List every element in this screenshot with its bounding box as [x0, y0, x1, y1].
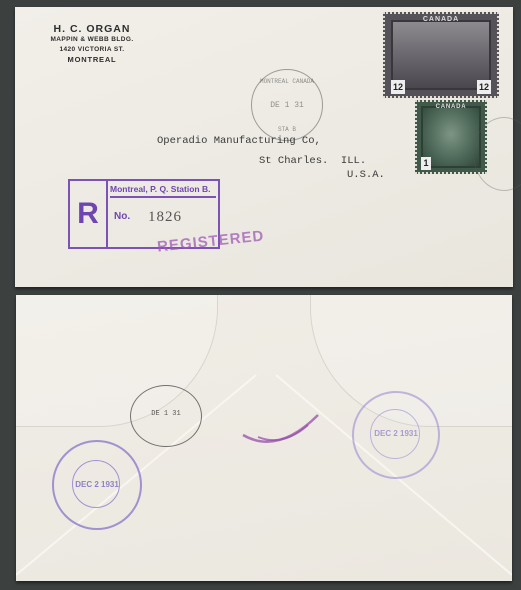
postmark-montreal-transit: DE 1 31	[130, 385, 202, 447]
recipient-line1: Operadio Manufacturing Co,	[157, 135, 321, 147]
stamp-value: 1	[421, 157, 431, 170]
registration-no-label: No.	[114, 211, 130, 222]
postmark-montreal: MONTREAL CANADA DE 1 31 STA B	[251, 69, 323, 141]
sender-line1: MAPPIN & WEBB BLDG.	[37, 35, 147, 45]
sender-city: MONTREAL	[37, 55, 147, 64]
sender-name: H. C. ORGAN	[37, 23, 147, 35]
postmark-chicago-partial	[238, 395, 328, 455]
postmark-saint-charles-right: DEC 2 1931	[352, 391, 440, 479]
sender-return-address: H. C. ORGAN MAPPIN & WEBB BLDG. 1420 VIC…	[37, 23, 147, 64]
stamp-country: CANADA	[417, 104, 485, 110]
registration-office: Montreal, P. Q. Station B.	[110, 184, 216, 198]
stamp-image-citadel	[391, 20, 491, 90]
stamp-12-cent: CANADA 12 12	[383, 12, 499, 98]
registration-number: 1826	[148, 209, 182, 226]
recipient-line3: U.S.A.	[347, 169, 385, 181]
envelope-front: H. C. ORGAN MAPPIN & WEBB BLDG. 1420 VIC…	[15, 7, 513, 287]
recipient-line2: St Charles. ILL.	[259, 155, 366, 167]
stamp-value-left: 12	[391, 80, 405, 94]
stamp-country: CANADA	[385, 16, 497, 23]
postmark-saint-charles-left: DEC 2 1931	[52, 440, 142, 530]
stamp-value-right: 12	[477, 80, 491, 94]
sender-line2: 1420 VICTORIA ST.	[37, 45, 147, 55]
envelope-back: DEC 2 1931 DE 1 31 DEC 2 1931	[16, 295, 512, 581]
postmark-partial	[473, 117, 521, 191]
registration-letter: R	[70, 181, 108, 247]
